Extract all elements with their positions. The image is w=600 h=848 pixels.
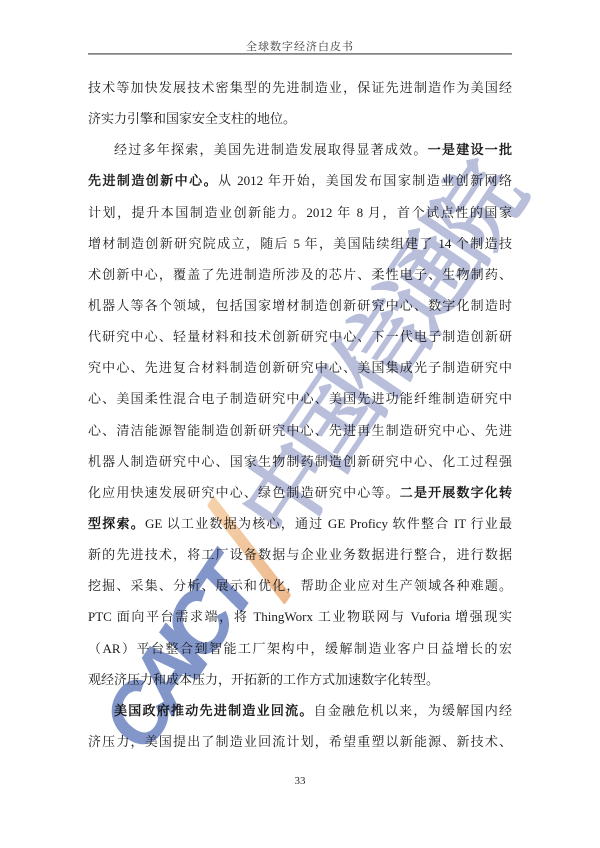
body-line: 心、美国柔性混合电子制造研究中心、美国先进功能纤维制造研究中	[88, 383, 512, 414]
body-line: PTC 面向平台需求端，将 ThingWorx 工业物联网与 Vuforia 增…	[88, 601, 512, 632]
page-header-title: 全球数字经济白皮书	[0, 38, 600, 54]
text-segment: 自金融危机以来，为缓解国内经	[314, 703, 512, 718]
body-line: 观经济压力和成本压力，开拓新的工作方式加速数字化转型。	[88, 664, 512, 695]
body-line: 美国政府推动先进制造业回流。自金融危机以来，为缓解国内经	[88, 695, 512, 726]
text-segment: 挖掘、采集、分析、展示和优化，帮助企业应对生产领域各种难题。	[88, 578, 512, 593]
text-segment: 机器人等各个领域，包括国家增材制造创新研究中心、数字化制造时	[88, 298, 512, 313]
body-line: 机器人等各个领域，包括国家增材制造创新研究中心、数字化制造时	[88, 290, 512, 321]
body-line: 济压力，美国提出了制造业回流计划，希望重塑以新能源、新技术、	[88, 726, 512, 757]
text-segment: 化应用快速发展研究中心、绿色制造研究中心等。	[88, 485, 400, 500]
body-line: 增材制造创新研究院成立，随后 5 年，美国陆续组建了 14 个制造技	[88, 228, 512, 259]
body-line: 挖掘、采集、分析、展示和优化，帮助企业应对生产领域各种难题。	[88, 570, 512, 601]
emphasis-text: 一是建设一批	[428, 142, 512, 157]
emphasis-text: 型探索。	[88, 516, 145, 531]
text-segment: 经过多年探索，美国先进制造发展取得显著成效。	[114, 142, 428, 157]
body-line: 机器人制造研究中心、国家生物制药制造创新研究中心、化工过程强	[88, 446, 512, 477]
emphasis-text: 二是开展数字化转	[400, 485, 512, 500]
emphasis-text: 先进制造创新中心。	[88, 173, 218, 188]
body-text: 技术等加快发展技术密集型的先进制造业，保证先进制造作为美国经济实力引擎和国家安全…	[88, 72, 512, 757]
text-segment: 心、美国柔性混合电子制造研究中心、美国先进功能纤维制造研究中	[88, 391, 512, 406]
body-line: 究中心、先进复合材料制造创新研究中心、美国集成光子制造研究中	[88, 352, 512, 383]
text-segment: （AR）平台整合到智能工厂架构中，缓解制造业客户日益增长的宏	[88, 641, 512, 656]
body-line: 计划，提升本国制造业创新能力。2012 年 8 月，首个试点性的国家	[88, 197, 512, 228]
body-line: 先进制造创新中心。从 2012 年开始，美国发布国家制造业创新网络	[88, 165, 512, 196]
page-number: 33	[0, 775, 600, 787]
text-segment: 新的先进技术，将工厂设备数据与企业业务数据进行整合，进行数据	[88, 547, 512, 562]
document-page: 全球数字经济白皮书 CAICT 中国信通院 技术等加快发展技术密集型的先进制造业…	[0, 0, 600, 848]
text-segment: 机器人制造研究中心、国家生物制药制造创新研究中心、化工过程强	[88, 454, 512, 469]
body-line: 心、清洁能源智能制造创新研究中心、先进再生制造研究中心、先进	[88, 415, 512, 446]
text-segment: GE 以工业数据为核心，通过 GE Proficy 软件整合 IT 行业最	[145, 516, 512, 531]
emphasis-text: 美国政府推动先进制造业回流。	[114, 703, 314, 718]
body-line: 型探索。GE 以工业数据为核心，通过 GE Proficy 软件整合 IT 行业…	[88, 508, 512, 539]
text-segment: 代研究中心、轻量材料和技术创新研究中心、下一代电子制造创新研	[88, 329, 512, 344]
text-segment: 技术等加快发展技术密集型的先进制造业，保证先进制造作为美国经	[88, 80, 512, 95]
body-line: 技术等加快发展技术密集型的先进制造业，保证先进制造作为美国经	[88, 72, 512, 103]
header-rule	[88, 53, 512, 55]
text-segment: 济压力，美国提出了制造业回流计划，希望重塑以新能源、新技术、	[88, 734, 512, 749]
body-line: 化应用快速发展研究中心、绿色制造研究中心等。二是开展数字化转	[88, 477, 512, 508]
text-segment: 从 2012 年开始，美国发布国家制造业创新网络	[218, 173, 512, 188]
body-line: 术创新中心，覆盖了先进制造所涉及的芯片、柔性电子、生物制药、	[88, 259, 512, 290]
text-segment: 观经济压力和成本压力，开拓新的工作方式加速数字化转型。	[88, 672, 439, 687]
text-segment: 济实力引擎和国家安全支柱的地位。	[88, 111, 296, 126]
text-segment: PTC 面向平台需求端，将 ThingWorx 工业物联网与 Vuforia 增…	[88, 609, 512, 624]
text-segment: 计划，提升本国制造业创新能力。2012 年 8 月，首个试点性的国家	[88, 205, 512, 220]
text-segment: 究中心、先进复合材料制造创新研究中心、美国集成光子制造研究中	[88, 360, 512, 375]
text-segment: 心、清洁能源智能制造创新研究中心、先进再生制造研究中心、先进	[88, 423, 512, 438]
body-line: 新的先进技术，将工厂设备数据与企业业务数据进行整合，进行数据	[88, 539, 512, 570]
text-segment: 术创新中心，覆盖了先进制造所涉及的芯片、柔性电子、生物制药、	[88, 267, 512, 282]
body-line: 代研究中心、轻量材料和技术创新研究中心、下一代电子制造创新研	[88, 321, 512, 352]
text-segment: 增材制造创新研究院成立，随后 5 年，美国陆续组建了 14 个制造技	[88, 236, 512, 251]
body-line: 济实力引擎和国家安全支柱的地位。	[88, 103, 512, 134]
body-line: （AR）平台整合到智能工厂架构中，缓解制造业客户日益增长的宏	[88, 633, 512, 664]
body-line: 经过多年探索，美国先进制造发展取得显著成效。一是建设一批	[88, 134, 512, 165]
